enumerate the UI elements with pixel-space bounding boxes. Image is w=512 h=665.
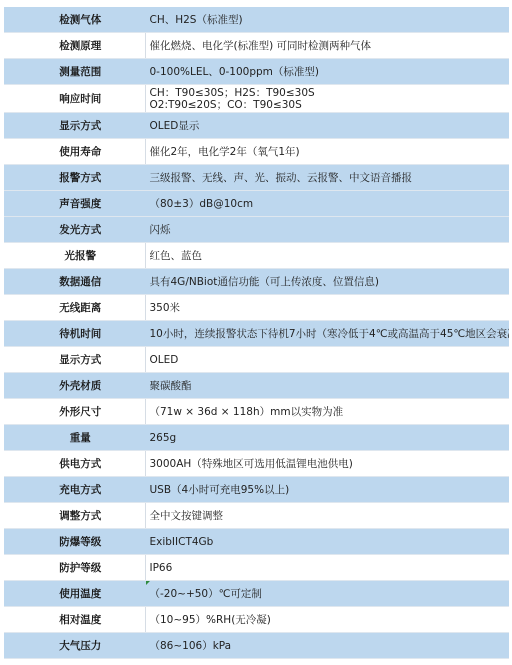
spec-value: 催化燃烧、电化学(标准型) 可同时检测两种气体 — [145, 33, 509, 59]
spec-label: 外形尺寸 — [4, 399, 145, 425]
spec-value: 催化2年，电化学2年（氧气1年) — [145, 139, 509, 165]
spec-table: 检测气体 CH、H2S（标准型) 检测原理 催化燃烧、电化学(标准型) 可同时检… — [4, 7, 509, 659]
spec-row-power-supply: 供电方式 3000AH（特殊地区可选用低温锂电池供电) — [4, 451, 509, 477]
spec-label: 测量范围 — [4, 59, 145, 85]
spec-value: 聚碳酸酯 — [145, 373, 509, 399]
spec-row-light-alarm: 光报警 红色、蓝色 — [4, 243, 509, 269]
spec-row-display-type: 显示方式 OLED — [4, 347, 509, 373]
spec-label: 响应时间 — [4, 85, 145, 113]
spec-row-response-time: 响应时间 CH：T90≤30S；H2S：T90≤30S O2:T90≤20S；C… — [4, 85, 509, 113]
spec-row-weight: 重量 265g — [4, 425, 509, 451]
spec-value: OLED显示 — [145, 113, 509, 139]
spec-value-line-2: O2:T90≤20S；CO：T90≤30S — [150, 99, 510, 110]
spec-label: 光报警 — [4, 243, 145, 269]
spec-row-data-communication: 数据通信 具有4G/NBiot通信功能（可上传浓度、位置信息) — [4, 269, 509, 295]
spec-label: 检测气体 — [4, 7, 145, 33]
spec-value: CH、H2S（标准型) — [145, 7, 509, 33]
spec-row-atmospheric-pressure: 大气压力 （86~106）kPa — [4, 633, 509, 659]
spec-value: 闪烁 — [145, 217, 509, 243]
spec-value: 具有4G/NBiot通信功能（可上传浓度、位置信息) — [145, 269, 509, 295]
spec-label: 数据通信 — [4, 269, 145, 295]
spec-label: 无线距离 — [4, 295, 145, 321]
spec-row-detect-gas: 检测气体 CH、H2S（标准型) — [4, 7, 509, 33]
spec-row-detect-principle: 检测原理 催化燃烧、电化学(标准型) 可同时检测两种气体 — [4, 33, 509, 59]
spec-label: 外壳材质 — [4, 373, 145, 399]
spec-value: 3000AH（特殊地区可选用低温锂电池供电) — [145, 451, 509, 477]
spec-row-protection-level: 防护等级 IP66 — [4, 555, 509, 581]
spec-value: 三级报警、无线、声、光、振动、云报警、中文语音播报 — [145, 165, 509, 191]
spec-label: 供电方式 — [4, 451, 145, 477]
spec-label: 防爆等级 — [4, 529, 145, 555]
spec-label: 相对温度 — [4, 607, 145, 633]
spec-label: 大气压力 — [4, 633, 145, 659]
spec-value: 红色、蓝色 — [145, 243, 509, 269]
spec-row-adjustment: 调整方式 全中文按键调整 — [4, 503, 509, 529]
spec-value: ExibIICT4Gb — [145, 529, 509, 555]
spec-value: （80±3）dB@10cm — [145, 191, 509, 217]
spec-value: （-20~+50）℃可定制 — [150, 588, 262, 600]
spec-value: 350米 — [145, 295, 509, 321]
spec-label: 报警方式 — [4, 165, 145, 191]
spec-label: 声音强度 — [4, 191, 145, 217]
spec-value: 全中文按键调整 — [145, 503, 509, 529]
spec-value: 0-100%LEL、0-100ppm（标准型) — [145, 59, 509, 85]
spec-label: 重量 — [4, 425, 145, 451]
spec-row-housing-material: 外壳材质 聚碳酸酯 — [4, 373, 509, 399]
spec-label: 使用寿命 — [4, 139, 145, 165]
spec-label: 显示方式 — [4, 113, 145, 139]
spec-label: 显示方式 — [4, 347, 145, 373]
spec-row-display-mode: 显示方式 OLED显示 — [4, 113, 509, 139]
spec-label: 使用温度 — [4, 581, 145, 607]
spec-label: 充电方式 — [4, 477, 145, 503]
spec-value: OLED — [145, 347, 509, 373]
spec-row-dimensions: 外形尺寸 （71w × 36d × 118h）mm以实物为准 — [4, 399, 509, 425]
spec-value: CH：T90≤30S；H2S：T90≤30S O2:T90≤20S；CO：T90… — [145, 85, 509, 113]
spec-value-multiline: CH：T90≤30S；H2S：T90≤30S O2:T90≤20S；CO：T90… — [150, 87, 510, 110]
spec-value: （86~106）kPa — [145, 633, 509, 659]
spec-row-explosion-proof: 防爆等级 ExibIICT4Gb — [4, 529, 509, 555]
spec-label: 调整方式 — [4, 503, 145, 529]
spec-label: 待机时间 — [4, 321, 145, 347]
spec-value-line-1: CH：T90≤30S；H2S：T90≤30S — [150, 87, 510, 99]
spec-value: （71w × 36d × 118h）mm以实物为准 — [145, 399, 509, 425]
spec-row-light-mode: 发光方式 闪烁 — [4, 217, 509, 243]
spec-row-standby-time: 待机时间 10小时，连续报警状态下待机7小时（寒冷低于4℃或高温高于45℃地区会… — [4, 321, 509, 347]
spec-row-service-life: 使用寿命 催化2年，电化学2年（氧气1年) — [4, 139, 509, 165]
spec-value: 265g — [145, 425, 509, 451]
spec-value: IP66 — [145, 555, 509, 581]
spec-row-sound-intensity: 声音强度 （80±3）dB@10cm — [4, 191, 509, 217]
spec-row-wireless-distance: 无线距离 350米 — [4, 295, 509, 321]
comment-marker-icon[interactable] — [146, 581, 150, 585]
spec-row-charging: 充电方式 USB（4小时可充电95%以上) — [4, 477, 509, 503]
spec-value: USB（4小时可充电95%以上) — [145, 477, 509, 503]
spec-row-alarm-mode: 报警方式 三级报警、无线、声、光、振动、云报警、中文语音播报 — [4, 165, 509, 191]
spec-value: 10小时，连续报警状态下待机7小时（寒冷低于4℃或高温高于45℃地区会衰减) — [145, 321, 509, 347]
spec-value-cell: （-20~+50）℃可定制 — [145, 581, 509, 607]
spec-label: 发光方式 — [4, 217, 145, 243]
spec-value: （10~95）%RH(无冷凝) — [145, 607, 509, 633]
spec-label: 防护等级 — [4, 555, 145, 581]
spec-row-relative-humidity: 相对温度 （10~95）%RH(无冷凝) — [4, 607, 509, 633]
spec-label: 检测原理 — [4, 33, 145, 59]
spec-row-operating-temp: 使用温度 （-20~+50）℃可定制 — [4, 581, 509, 607]
spec-row-measure-range: 测量范围 0-100%LEL、0-100ppm（标准型) — [4, 59, 509, 85]
